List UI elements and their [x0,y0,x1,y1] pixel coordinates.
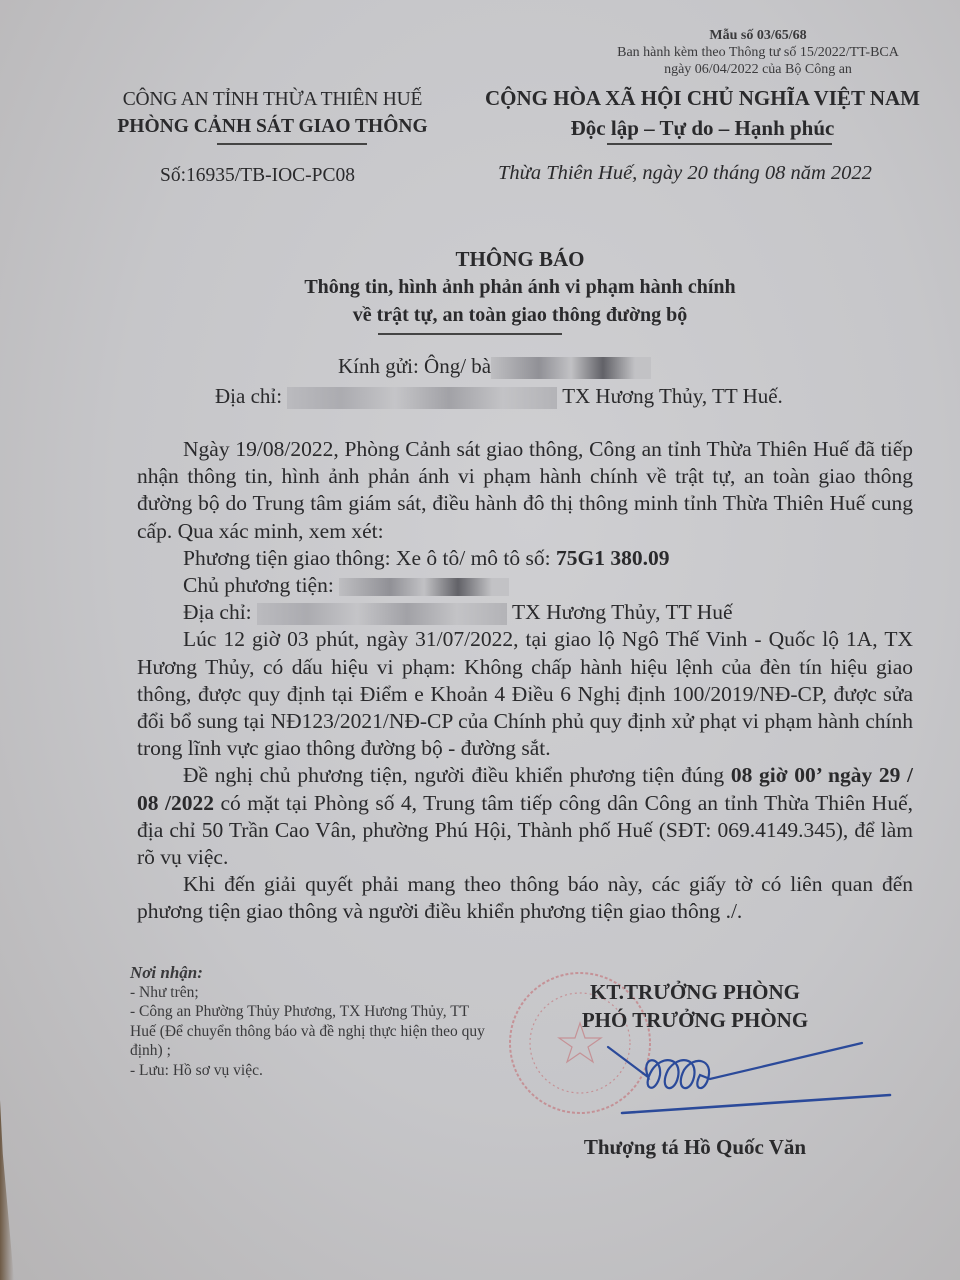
signer-name: Thượng tá Hồ Quốc Văn [560,1135,830,1160]
owner-line: Chủ phương tiện: [137,572,913,599]
redacted-name [491,357,651,379]
place-date: Thừa Thiên Huế, ngày 20 tháng 08 năm 202… [498,162,872,185]
agency-line1: CÔNG AN TỈNH THỪA THIÊN HUẾ [95,86,450,113]
greeting-label: Kính gửi: Ông/ bà [338,354,491,378]
owner-address-line: Địa chỉ: TX Hương Thủy, TT Huế [137,599,913,626]
body-paragraph-3: Đề nghị chủ phương tiện, người điều khiể… [137,762,913,871]
owner-address-suffix: TX Hương Thủy, TT Huế [512,600,733,624]
agency-underline [217,143,367,145]
title-sub1: Thông tin, hình ảnh phản ánh vi phạm hàn… [200,273,840,301]
signature-title: KT.TRƯỞNG PHÒNG PHÓ TRƯỞNG PHÒNG [555,978,835,1034]
owner-label: Chủ phương tiện: [183,573,334,597]
nation-line1: CỘNG HÒA XÃ HỘI CHỦ NGHĨA VIỆT NAM [465,83,940,113]
body-paragraph-4: Khi đến giải quyết phải mang theo thông … [137,871,913,925]
signer-position-2: PHÓ TRƯỞNG PHÒNG [555,1006,835,1034]
motto-underline [607,143,832,145]
redacted-owner [339,578,509,596]
title-main: THÔNG BÁO [200,245,840,273]
vehicle-label: Phương tiện giao thông: Xe ô tô/ mô tô s… [183,546,551,570]
vehicle-line: Phương tiện giao thông: Xe ô tô/ mô tô s… [137,545,913,572]
redacted-address [287,387,557,409]
recipient-item: - Công an Phường Thủy Phương, TX Hương T… [130,1002,490,1061]
body-paragraph-2: Lúc 12 giờ 03 phút, ngày 31/07/2022, tại… [137,626,913,762]
handwritten-signature-icon [600,1035,900,1125]
title-sub2: về trật tự, an toàn giao thông đường bộ [200,301,840,329]
address-suffix: TX Hương Thủy, TT Huế. [562,384,783,408]
recipients-list: Nơi nhận: - Như trên; - Công an Phường T… [130,963,490,1080]
national-header: CỘNG HÒA XÃ HỘI CHỦ NGHĨA VIỆT NAM Độc l… [465,83,940,143]
table-edge [0,1100,14,1280]
body-paragraph-1: Ngày 19/08/2022, Phòng Cảnh sát giao thô… [137,436,913,545]
form-code-issued-with: Ban hành kèm theo Thông tư số 15/2022/TT… [560,44,956,61]
document-title: THÔNG BÁO Thông tin, hình ảnh phản ánh v… [200,245,840,329]
owner-address-label: Địa chỉ: [183,600,252,624]
form-code-label: Mẫu số 03/65/68 [560,27,956,44]
vehicle-plate: 75G1 380.09 [556,546,669,570]
redacted-owner-address [257,603,507,625]
recipient-item: - Lưu: Hồ sơ vụ việc. [130,1061,490,1081]
greeting-line: Kính gửi: Ông/ bà [338,354,651,379]
recipient-item: - Như trên; [130,983,490,1003]
form-code-issued-date: ngày 06/04/2022 của Bộ Công an [560,61,956,78]
agency-header: CÔNG AN TỈNH THỪA THIÊN HUẾ PHÒNG CẢNH S… [95,86,450,140]
recipient-address-line: Địa chỉ: TX Hương Thủy, TT Huế. [215,384,783,409]
recipients-heading: Nơi nhận: [130,963,490,983]
nation-motto: Độc lập – Tự do – Hạnh phúc [465,113,940,143]
document-number: Số:16935/TB-IOC-PC08 [160,165,355,187]
title-underline [378,333,562,335]
signer-position-1: KT.TRƯỞNG PHÒNG [555,978,835,1006]
agency-line2: PHÒNG CẢNH SÁT GIAO THÔNG [95,113,450,140]
address-label: Địa chỉ: [215,384,282,408]
form-code-block: Mẫu số 03/65/68 Ban hành kèm theo Thông … [560,27,956,78]
document-body: Ngày 19/08/2022, Phòng Cảnh sát giao thô… [137,436,913,926]
